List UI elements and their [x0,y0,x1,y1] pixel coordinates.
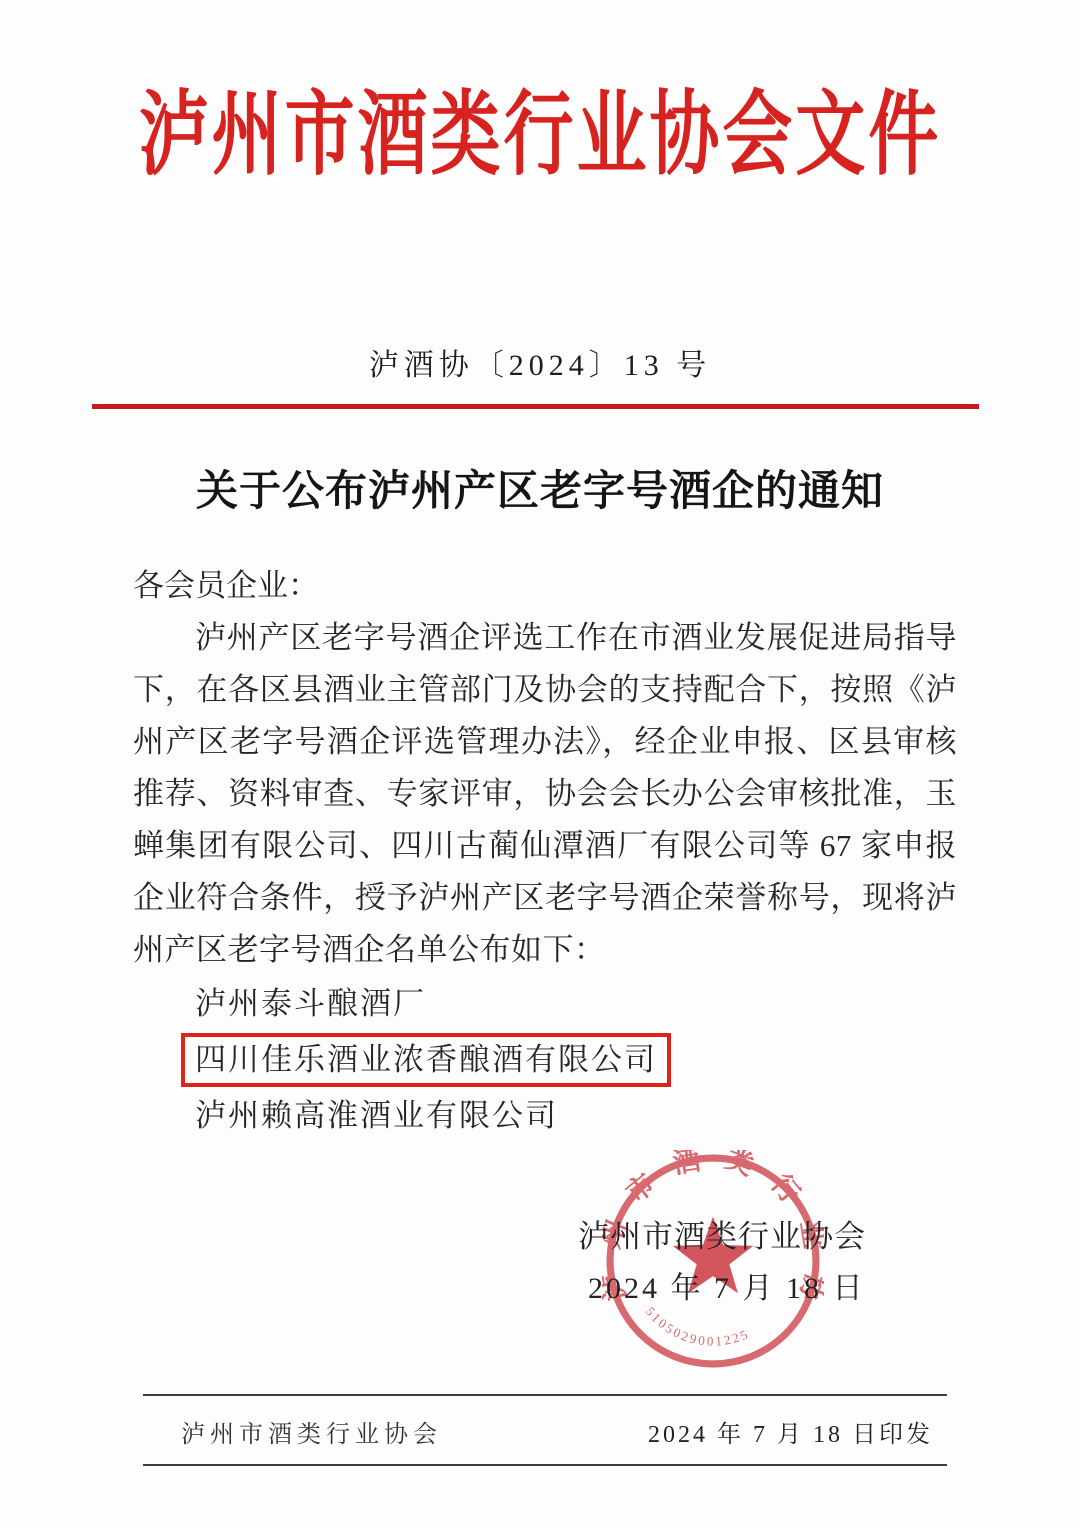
signature-org: 泸州市酒类行业协会 [578,1211,866,1256]
body-block: 各会员企业： 泸州产区老字号酒企评选工作在市酒业发展促进局指导下，在各区县酒业主… [133,560,957,1144]
company-name: 泸州赖高淮酒业有限公司 [195,1098,558,1133]
footer-org: 泸州市酒类行业协会 [181,1414,442,1449]
footer-rule-bottom [143,1464,947,1466]
letterhead: 泸州市酒类行业协会文件 [0,80,1080,190]
footer-rule-top [143,1394,947,1396]
highlight-box: 四川佳乐酒业浓香酿酒有限公司 [181,1033,671,1087]
company-name: 泸州泰斗酿酒厂 [195,986,426,1021]
document-title: 关于公布泸州产区老字号酒企的通知 [0,458,1080,518]
svg-text:5105029001225: 5105029001225 [643,1304,752,1349]
doc-number: 泸酒协〔2024〕13 号 [0,340,1080,384]
body-paragraph: 泸州产区老字号酒企评选工作在市酒业发展促进局指导下，在各区县酒业主管部门及协会的… [133,612,957,976]
footer-issue-date: 2024 年 7 月 18 日印发 [648,1414,933,1449]
red-divider-rule [92,404,979,409]
company-item: 泸州泰斗酿酒厂 [195,976,957,1032]
signature-date: 2024 年 7 月 18 日 [588,1263,866,1307]
letterhead-title: 泸州市酒类行业协会文件 [139,80,942,190]
salutation: 各会员企业： [133,560,957,612]
company-item-highlighted: 四川佳乐酒业浓香酿酒有限公司 [195,1032,957,1088]
official-seal: 泸州市酒类行业协会 5105029001225 [602,1150,824,1372]
company-list: 泸州泰斗酿酒厂 四川佳乐酒业浓香酿酒有限公司 泸州赖高淮酒业有限公司 [133,976,957,1144]
company-item: 泸州赖高淮酒业有限公司 [195,1088,957,1144]
document-page: 泸州市酒类行业协会文件 泸酒协〔2024〕13 号 关于公布泸州产区老字号酒企的… [0,0,1080,1528]
seal-number: 5105029001225 [643,1304,752,1349]
